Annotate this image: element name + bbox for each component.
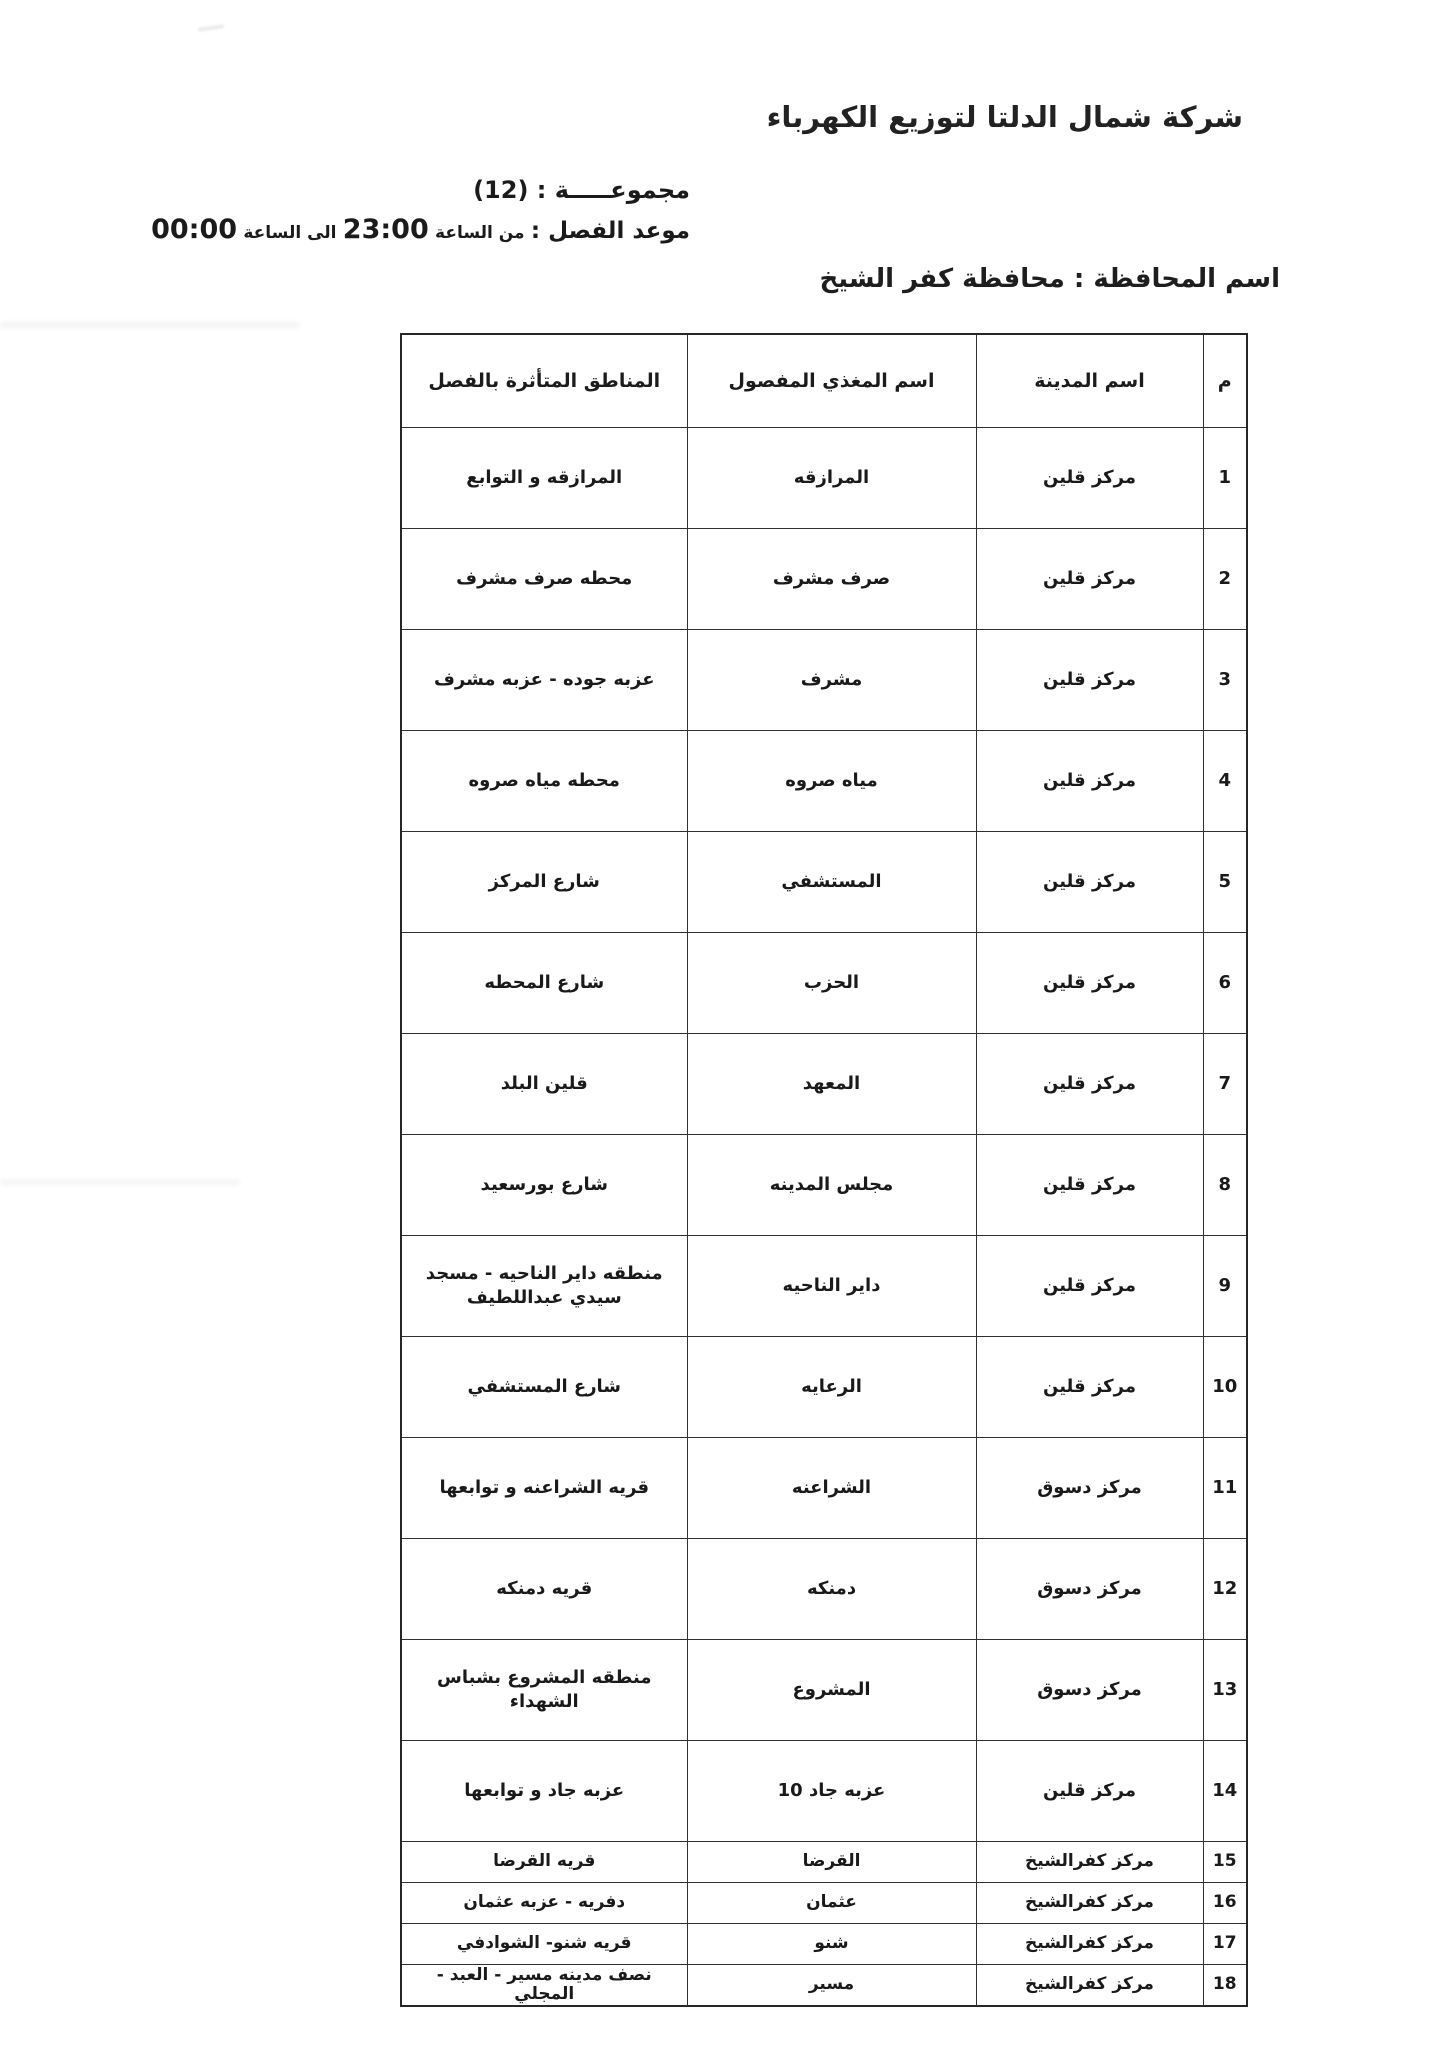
- cell-areas: منطقه المشروع بشباس الشهداء: [401, 1639, 687, 1740]
- scan-artifact: [198, 24, 224, 32]
- outage-table: م اسم المدينة اسم المغذي المفصول المناطق…: [400, 333, 1248, 2007]
- cell-feeder: صرف مشرف: [687, 528, 976, 629]
- table-header-row: م اسم المدينة اسم المغذي المفصول المناطق…: [401, 334, 1247, 427]
- cell-index: 16: [1203, 1882, 1247, 1923]
- cell-areas: منطقه داير الناحيه - مسجد سيدي عبداللطيف: [401, 1235, 687, 1336]
- column-header-index: م: [1203, 334, 1247, 427]
- cell-city: مركز قلين: [976, 427, 1203, 528]
- cell-city: مركز قلين: [976, 730, 1203, 831]
- cell-index: 15: [1203, 1841, 1247, 1882]
- cell-feeder: مسير: [687, 1964, 976, 2006]
- cell-feeder: مياه صروه: [687, 730, 976, 831]
- table-row: 18مركز كفرالشيخمسيرنصف مدينه مسير - العب…: [401, 1964, 1247, 2006]
- cell-city: مركز كفرالشيخ: [976, 1882, 1203, 1923]
- cell-city: مركز قلين: [976, 1235, 1203, 1336]
- table-row: 7مركز قلينالمعهدقلين البلد: [401, 1033, 1247, 1134]
- cell-city: مركز قلين: [976, 932, 1203, 1033]
- schedule-to-word: الى الساعة: [243, 223, 336, 243]
- cell-areas: دفريه - عزبه عثمان: [401, 1882, 687, 1923]
- cell-feeder: عثمان: [687, 1882, 976, 1923]
- cell-areas: عزبه جوده - عزبه مشرف: [401, 629, 687, 730]
- table-row: 11مركز دسوقالشراعنهقريه الشراعنه و توابع…: [401, 1437, 1247, 1538]
- cell-areas: شارع المستشفي: [401, 1336, 687, 1437]
- cell-city: مركز قلين: [976, 1336, 1203, 1437]
- column-header-areas: المناطق المتأثرة بالفصل: [401, 334, 687, 427]
- cell-city: مركز قلين: [976, 831, 1203, 932]
- cell-feeder: مجلس المدينه: [687, 1134, 976, 1235]
- cell-index: 5: [1203, 831, 1247, 932]
- cell-city: مركز قلين: [976, 629, 1203, 730]
- cell-areas: قريه الشراعنه و توابعها: [401, 1437, 687, 1538]
- cell-feeder: القرضا: [687, 1841, 976, 1882]
- governorate-line: اسم المحافظة : محافظة كفر الشيخ: [820, 264, 1280, 294]
- table-row: 9مركز قلينداير الناحيهمنطقه داير الناحيه…: [401, 1235, 1247, 1336]
- cell-index: 8: [1203, 1134, 1247, 1235]
- table-row: 8مركز قلينمجلس المدينهشارع بورسعيد: [401, 1134, 1247, 1235]
- cell-feeder: المرازقه: [687, 427, 976, 528]
- table-row: 2مركز قلينصرف مشرفمحطه صرف مشرف: [401, 528, 1247, 629]
- cell-areas: شارع المحطه: [401, 932, 687, 1033]
- column-header-feeder: اسم المغذي المفصول: [687, 334, 976, 427]
- cell-feeder: الشراعنه: [687, 1437, 976, 1538]
- document-page: شركة شمال الدلتا لتوزيع الكهرباء مجموعــ…: [0, 0, 1448, 2048]
- scan-artifact: [0, 322, 300, 328]
- table-row: 5مركز قلينالمستشفيشارع المركز: [401, 831, 1247, 932]
- cell-feeder: المستشفي: [687, 831, 976, 932]
- cell-index: 18: [1203, 1964, 1247, 2006]
- cell-feeder: شنو: [687, 1923, 976, 1964]
- cell-index: 3: [1203, 629, 1247, 730]
- cell-areas: عزبه جاد و توابعها: [401, 1740, 687, 1841]
- cell-feeder: المعهد: [687, 1033, 976, 1134]
- cell-city: مركز دسوق: [976, 1437, 1203, 1538]
- cell-index: 2: [1203, 528, 1247, 629]
- group-schedule-block: مجموعـــــة : (12) موعد الفصل : من الساع…: [151, 170, 690, 253]
- table-row: 17مركز كفرالشيخشنوقريه شنو- الشوادفي: [401, 1923, 1247, 1964]
- cell-feeder: مشرف: [687, 629, 976, 730]
- cell-areas: قريه القرضا: [401, 1841, 687, 1882]
- cell-feeder: الحزب: [687, 932, 976, 1033]
- cell-city: مركز كفرالشيخ: [976, 1841, 1203, 1882]
- cell-city: مركز قلين: [976, 1134, 1203, 1235]
- company-title: شركة شمال الدلتا لتوزيع الكهرباء: [767, 100, 1243, 134]
- cell-areas: قريه شنو- الشوادفي: [401, 1923, 687, 1964]
- table-row: 13مركز دسوقالمشروعمنطقه المشروع بشباس ال…: [401, 1639, 1247, 1740]
- schedule-from-word: من الساعة: [435, 223, 525, 243]
- cell-areas: نصف مدينه مسير - العبد - المجلي: [401, 1964, 687, 2006]
- cell-areas: قلين البلد: [401, 1033, 687, 1134]
- table-row: 12مركز دسوقدمنكهقريه دمنكه: [401, 1538, 1247, 1639]
- table-row: 4مركز قلينمياه صروهمحطه مياه صروه: [401, 730, 1247, 831]
- cell-feeder: المشروع: [687, 1639, 976, 1740]
- cell-city: مركز قلين: [976, 1033, 1203, 1134]
- cell-areas: المرازقه و التوابع: [401, 427, 687, 528]
- schedule-to-time: 00:00: [151, 214, 237, 245]
- group-line: مجموعـــــة : (12): [151, 170, 690, 210]
- table-row: 10مركز قلينالرعايهشارع المستشفي: [401, 1336, 1247, 1437]
- cell-areas: شارع المركز: [401, 831, 687, 932]
- cell-areas: قريه دمنكه: [401, 1538, 687, 1639]
- table-row: 16مركز كفرالشيخعثماندفريه - عزبه عثمان: [401, 1882, 1247, 1923]
- table-row: 6مركز قلينالحزبشارع المحطه: [401, 932, 1247, 1033]
- cell-index: 7: [1203, 1033, 1247, 1134]
- cell-index: 10: [1203, 1336, 1247, 1437]
- table-row: 15مركز كفرالشيخالقرضاقريه القرضا: [401, 1841, 1247, 1882]
- group-label: مجموعـــــة :: [537, 176, 690, 204]
- cell-feeder: عزبه جاد 10: [687, 1740, 976, 1841]
- table-row: 1مركز قلينالمرازقهالمرازقه و التوابع: [401, 427, 1247, 528]
- cell-city: مركز قلين: [976, 1740, 1203, 1841]
- cell-city: مركز دسوق: [976, 1639, 1203, 1740]
- group-number: (12): [473, 176, 528, 204]
- cell-areas: محطه مياه صروه: [401, 730, 687, 831]
- cell-city: مركز كفرالشيخ: [976, 1923, 1203, 1964]
- cell-feeder: داير الناحيه: [687, 1235, 976, 1336]
- schedule-label: موعد الفصل :: [531, 218, 690, 244]
- scan-artifact: [0, 1180, 240, 1185]
- cell-city: مركز قلين: [976, 528, 1203, 629]
- cell-areas: شارع بورسعيد: [401, 1134, 687, 1235]
- schedule-line: موعد الفصل : من الساعة 23:00 الى الساعة …: [151, 210, 690, 253]
- cell-index: 14: [1203, 1740, 1247, 1841]
- cell-index: 11: [1203, 1437, 1247, 1538]
- cell-city: مركز دسوق: [976, 1538, 1203, 1639]
- cell-index: 13: [1203, 1639, 1247, 1740]
- table-row: 3مركز قلينمشرفعزبه جوده - عزبه مشرف: [401, 629, 1247, 730]
- cell-feeder: دمنكه: [687, 1538, 976, 1639]
- cell-index: 12: [1203, 1538, 1247, 1639]
- schedule-from-time: 23:00: [343, 214, 429, 245]
- cell-index: 4: [1203, 730, 1247, 831]
- cell-areas: محطه صرف مشرف: [401, 528, 687, 629]
- cell-index: 6: [1203, 932, 1247, 1033]
- column-header-city: اسم المدينة: [976, 334, 1203, 427]
- cell-index: 17: [1203, 1923, 1247, 1964]
- cell-city: مركز كفرالشيخ: [976, 1964, 1203, 2006]
- cell-index: 9: [1203, 1235, 1247, 1336]
- cell-feeder: الرعايه: [687, 1336, 976, 1437]
- cell-index: 1: [1203, 427, 1247, 528]
- table-row: 14مركز قلينعزبه جاد 10عزبه جاد و توابعها: [401, 1740, 1247, 1841]
